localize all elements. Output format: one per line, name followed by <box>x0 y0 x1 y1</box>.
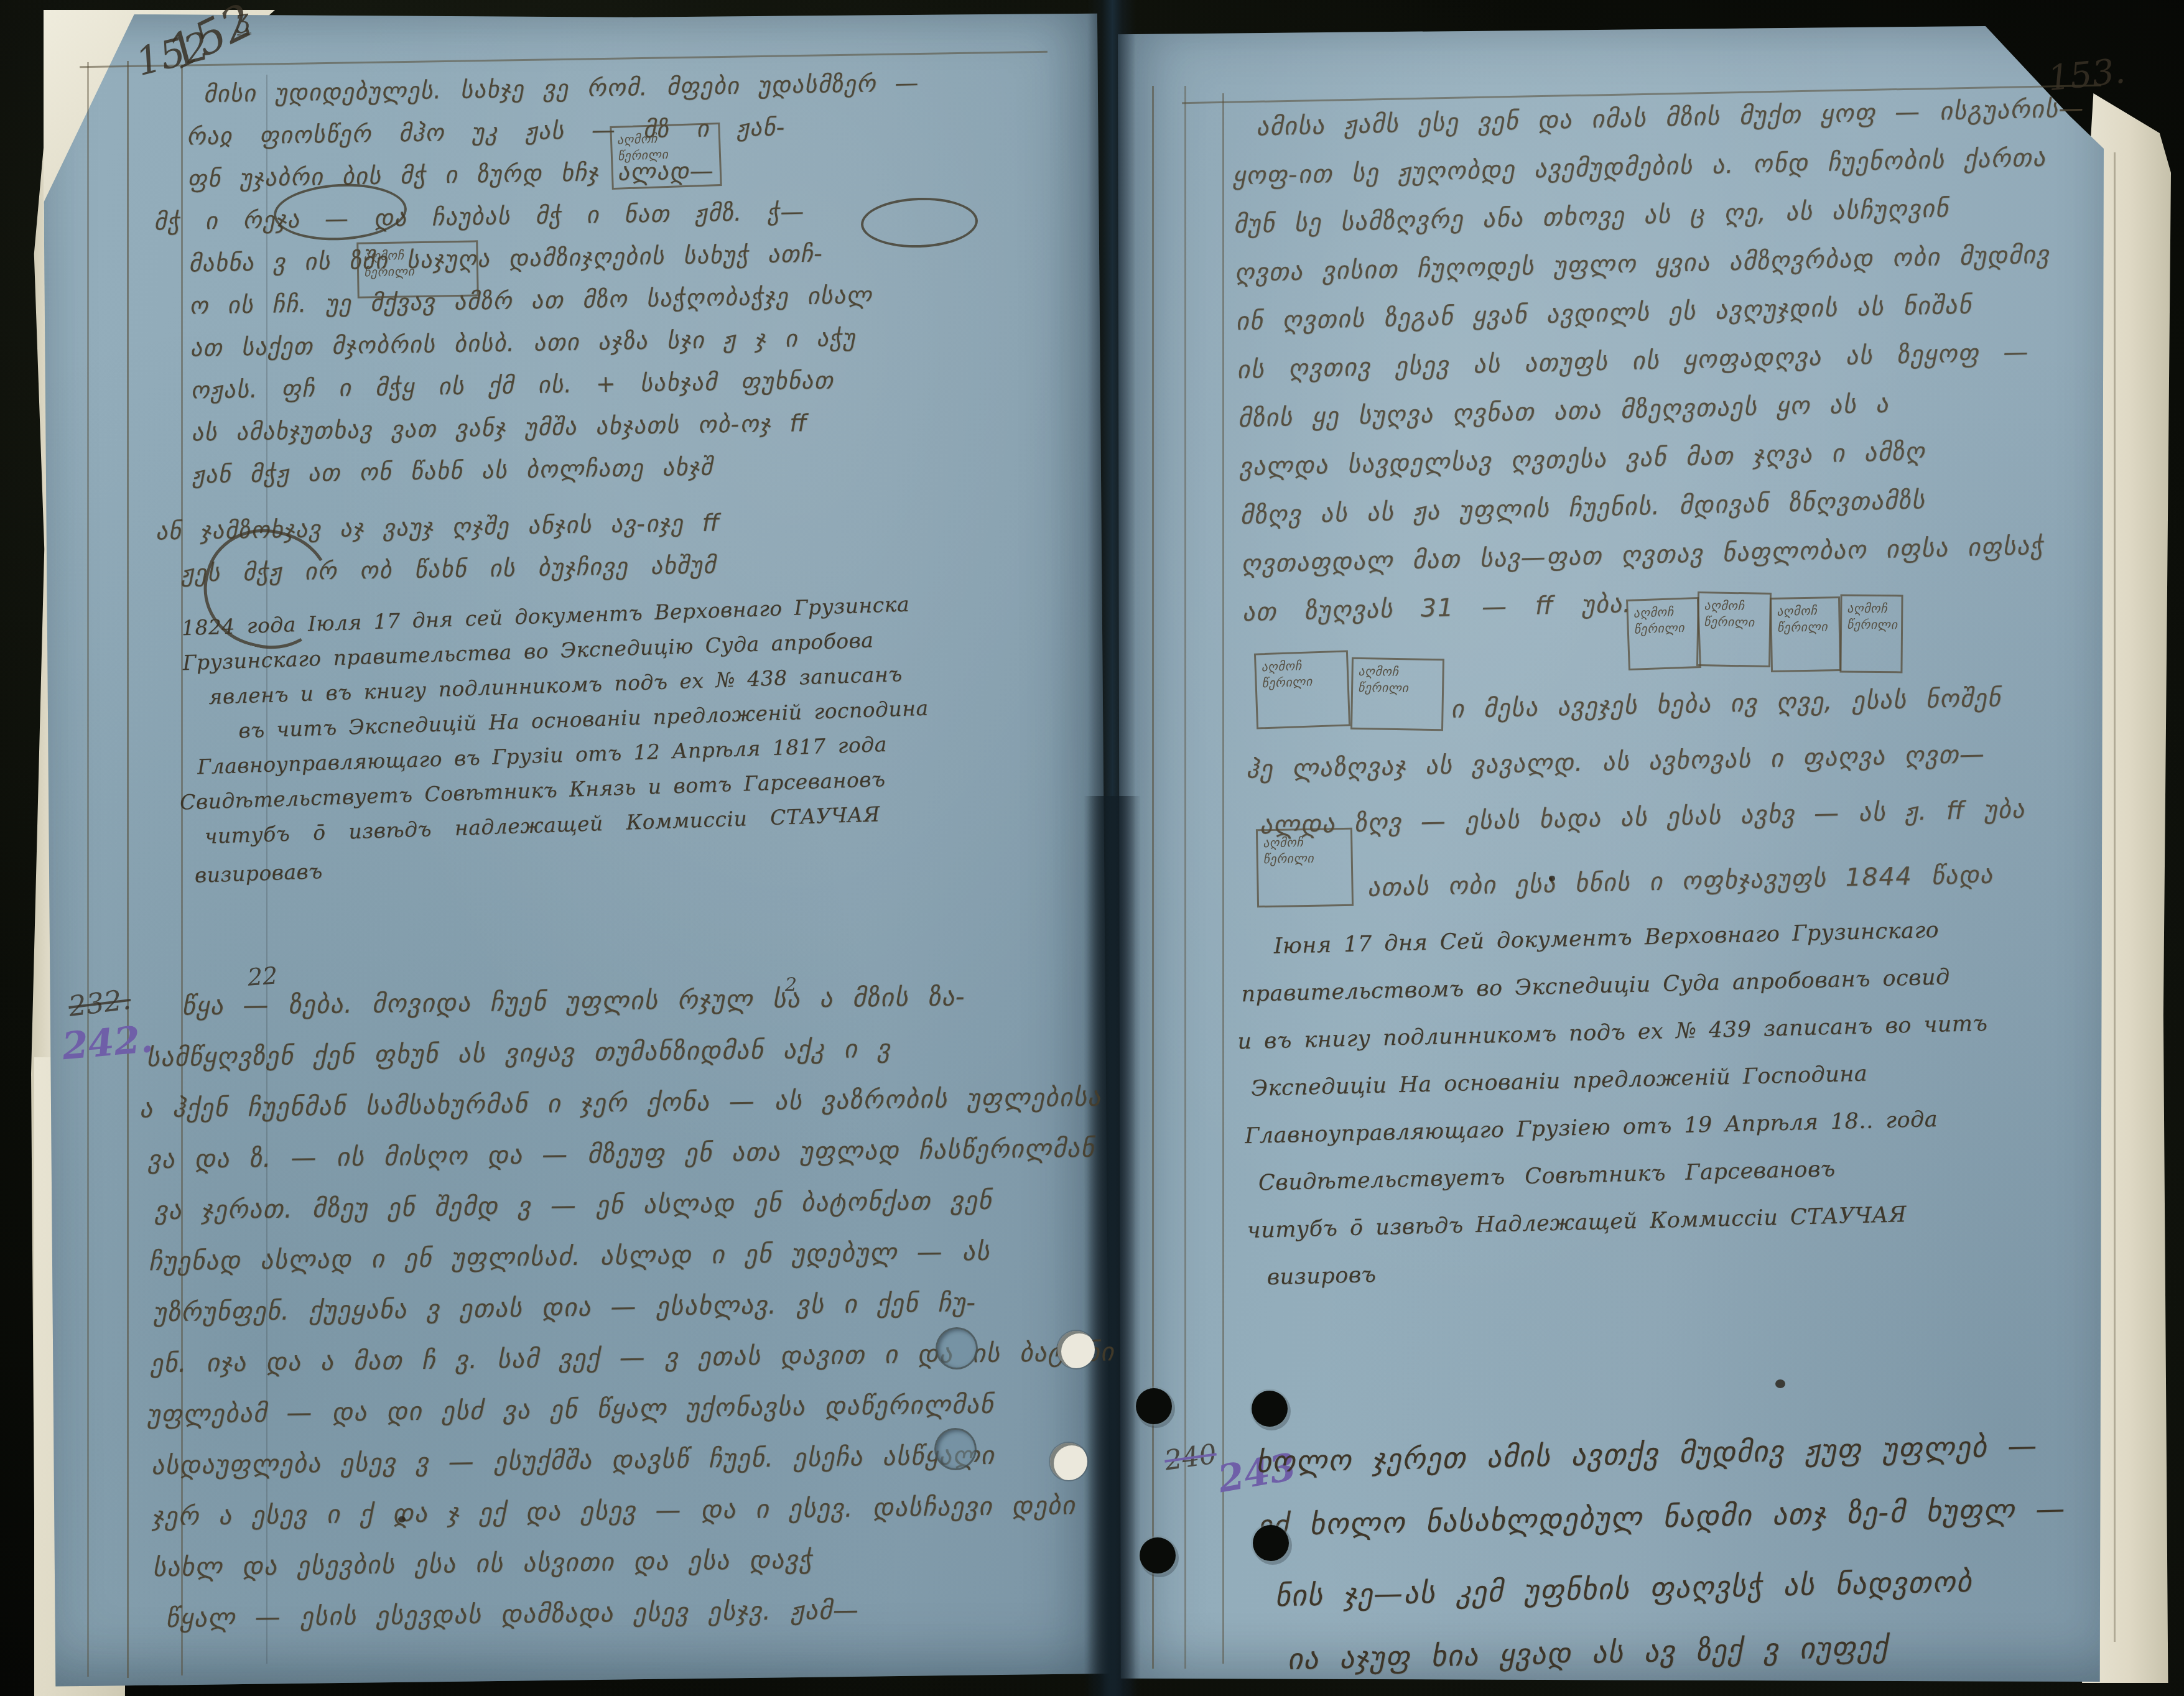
punch-hole-ring <box>934 1428 977 1470</box>
stamp-box-line2: წერილი <box>364 262 473 280</box>
stamp-box-line2: წერილი <box>617 144 716 164</box>
stamp-box-line2: წერილი <box>1262 672 1344 692</box>
punch-hole-white <box>1057 1331 1095 1368</box>
punch-hole-black <box>1136 1388 1172 1424</box>
stamp-box: აღმოჩ წერილი <box>1254 650 1350 729</box>
georgian-text-lower-right: ხოლო ჯერეთ ამის ავთქვ მუდმივ ჟუფ უფლებ —… <box>1255 1412 2144 1692</box>
text-rule-right <box>1222 93 1224 1664</box>
stamp-box-line2: წერილი <box>1847 616 1898 633</box>
stamp-box: აღმოჩ წერილი <box>1256 828 1354 908</box>
stamp-box-line2: წერილი <box>1633 619 1695 637</box>
margin-rule-right-2 <box>1184 86 1186 1669</box>
stamp-box-line2: წერილი <box>1704 613 1766 631</box>
punch-hole-black <box>1140 1537 1176 1573</box>
russian-registration-note-left: 1824 года Іюля 17 дня сей документъ Верх… <box>181 581 1098 893</box>
punch-hole-ring <box>936 1327 978 1369</box>
stamp-box: აღმოჩ წერილი <box>1350 657 1444 731</box>
margin-rule-left-1 <box>87 62 89 1677</box>
georgian-text-upper-right: ამისა ჟამს ესე ვენ და იმას მზის მუქთ ყოფ… <box>1230 83 2132 637</box>
punch-hole-white <box>1050 1443 1087 1480</box>
stamp-box-line1: აღმოჩ <box>1263 833 1347 851</box>
stamp-box: აღმოჩ წერილი <box>1696 591 1772 667</box>
stamp-box: აღმოჩ წერილი <box>1839 595 1903 674</box>
foliation-new-left: 242. <box>60 1017 155 1068</box>
punch-hole-black <box>1252 1391 1288 1427</box>
stamp-box-line1: აღმოჩ <box>1633 603 1694 621</box>
ink-speck <box>1775 1379 1785 1388</box>
stamp-box: აღმოჩ წერილი <box>1770 596 1841 672</box>
ink-speck <box>1549 876 1555 881</box>
stamp-box-line2: წერილი <box>1263 850 1348 867</box>
punch-hole-black <box>1253 1525 1289 1561</box>
ink-speck <box>398 1516 406 1522</box>
margin-rule-left-2 <box>127 61 129 1678</box>
stamp-box: აღმოჩ წერილი <box>610 123 722 190</box>
stamp-box-line1: აღმოჩ <box>363 246 473 264</box>
stamp-box-line1: აღმოჩ <box>1847 600 1898 617</box>
russian-registration-note-right: Іюня 17 дня Сей документъ Верховнаго Гру… <box>1240 902 2119 1302</box>
georgian-text-lower-left: წყა — ზება. მოვიდა ჩუენ უფლის რჯულ სა ა … <box>146 970 1099 1644</box>
stamp-box: აღმოჩ წერილი <box>356 240 479 298</box>
stamp-box: აღმოჩ წერილი <box>1626 597 1701 670</box>
stamp-box-line2: წერილი <box>1358 679 1439 697</box>
margin-rule-right-1 <box>1152 86 1154 1669</box>
stamp-box-line2: წერილი <box>1777 618 1836 636</box>
manuscript-scan: 152 152 ʒ 153. 232. 242. 240 243 22 2 მი… <box>0 0 2184 1696</box>
stamp-box-line1: აღმოჩ <box>1777 602 1835 619</box>
stamp-box-line1: აღმოჩ <box>1358 663 1439 680</box>
stamp-box-line1: აღმოჩ <box>1704 597 1766 614</box>
